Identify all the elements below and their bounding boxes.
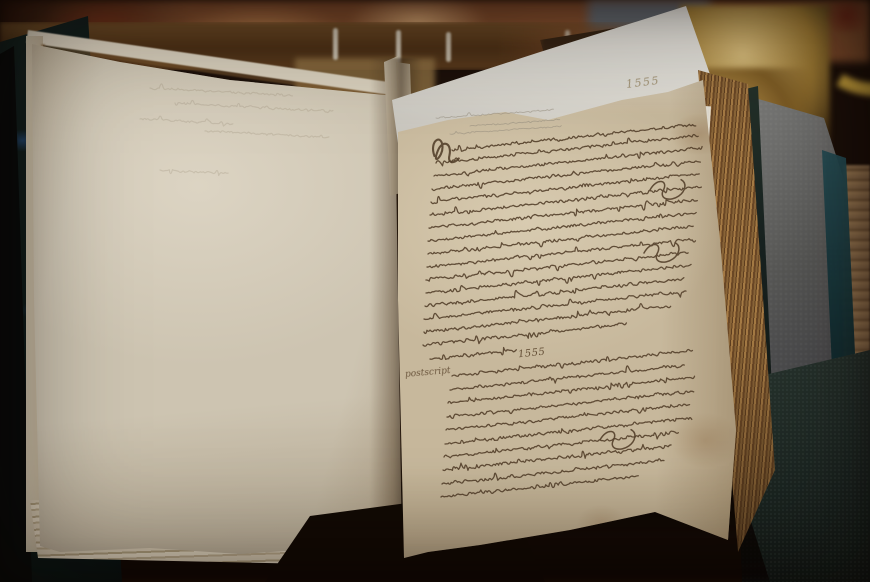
photograph-open-manuscript-book: 1555 1555 postscript (0, 0, 870, 582)
left-blank-page (30, 42, 404, 556)
brass-hook (333, 28, 338, 60)
brass-hook (446, 32, 451, 62)
manuscript-page (394, 76, 740, 562)
